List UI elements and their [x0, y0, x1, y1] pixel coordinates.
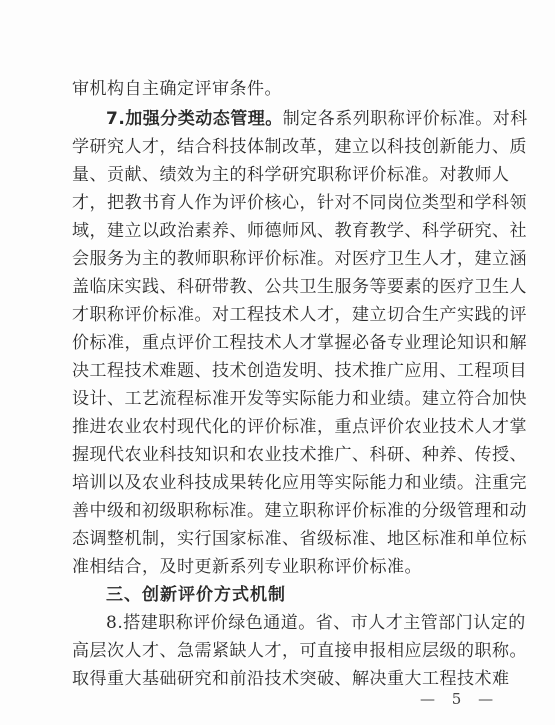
text-line: 推进农业农村现代化的评价标准，重点评价农业技术人才掌	[72, 416, 484, 438]
text-line: 盖临床实践、科研带教、公共卫生服务等要素的医疗卫生人	[72, 276, 484, 298]
document-page: 审机构自主确定评审条件。 7.加强分类动态管理。制定各系列职称评价标准。对科 学…	[0, 0, 555, 725]
page-number: — 5 —	[420, 690, 499, 708]
text-line: 准相结合，及时更新系列专业职称评价标准。	[72, 556, 484, 578]
text-line: 高层次人才、急需紧缺人才，可直接申报相应层级的职称。	[72, 640, 484, 662]
text-line: 会服务为主的教师职称评价标准。对医疗卫生人才，建立涵	[72, 248, 484, 270]
text-line: 才，把教书育人作为评价核心，针对不同岗位类型和学科领	[72, 192, 484, 214]
section-heading: 三、创新评价方式机制	[106, 584, 286, 606]
text-line: 审机构自主确定评审条件。	[72, 78, 484, 100]
text-line: 学研究人才，结合科技体制改革，建立以科技创新能力、质	[72, 136, 484, 158]
paragraph-7-heading: 7.加强分类动态管理。	[106, 109, 283, 129]
text-line: 决工程技术难题、技术创造发明、技术推广应用、工程项目	[72, 360, 484, 382]
paragraph-7-first-line: 7.加强分类动态管理。制定各系列职称评价标准。对科	[106, 108, 484, 130]
paragraph-text: 制定各系列职称评价标准。对科	[283, 109, 528, 129]
text-line: 设计、工艺流程标准开发等实际能力和业绩。建立符合加快	[72, 388, 484, 410]
text-line: 才职称评价标准。对工程技术人才，建立切合生产实践的评	[72, 304, 484, 326]
text-line: 价标准，重点评价工程技术人才掌握必备专业理论知识和解	[72, 332, 484, 354]
text-line: 域，建立以政治素养、师德师风、教育教学、科学研究、社	[72, 220, 484, 242]
paragraph-8-heading: 8.搭建职称评价绿色通道。	[106, 613, 316, 633]
text-line: 态调整机制，实行国家标准、省级标准、地区标准和单位标	[72, 528, 484, 550]
paragraph-text: 省、市人才主管部门认定的	[316, 613, 526, 633]
text-line: 量、贡献、绩效为主的科学研究职称评价标准。对教师人	[72, 164, 484, 186]
text-line: 握现代农业科技知识和农业技术推广、科研、种养、传授、	[72, 444, 484, 466]
text-line: 培训以及农业科技成果转化应用等实际能力和业绩。注重完	[72, 472, 484, 494]
paragraph-8-first-line: 8.搭建职称评价绿色通道。省、市人才主管部门认定的	[106, 612, 484, 634]
text-line: 善中级和初级职称标准。建立职称评价标准的分级管理和动	[72, 500, 484, 522]
text-line: 取得重大基础研究和前沿技术突破、解决重大工程技术难	[72, 668, 484, 690]
